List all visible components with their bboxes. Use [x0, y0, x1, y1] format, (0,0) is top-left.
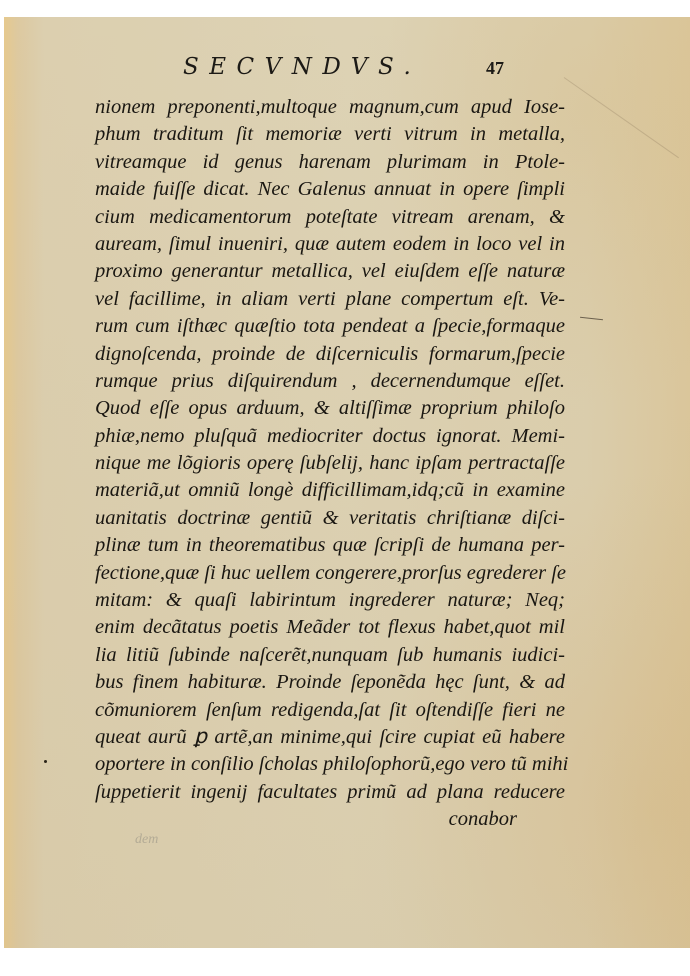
- bleedthrough-text: dem: [135, 832, 158, 848]
- text-line: bus finem habituræ. Proinde ſeponẽda hęc…: [95, 669, 565, 696]
- text-line: dignoſcenda, proinde de diſcerniculis fo…: [95, 341, 565, 368]
- text-line: phiæ,nemo pluſquã mediocriter doctus ign…: [95, 423, 565, 450]
- text-line: vitreamque id genus harenam plurimam in …: [95, 149, 565, 176]
- page-number: 47: [486, 58, 504, 79]
- text-line: fectione,quæ ſi huc uellem congerere,pro…: [95, 560, 565, 587]
- text-line: oportere in conſilio ſcholas philoſophor…: [95, 751, 565, 778]
- page-fold-crease: [564, 77, 679, 158]
- text-line: lia litiũ ſubinde naſcerẽt,nunquam ſub h…: [95, 642, 565, 669]
- text-line: materiã,ut omniũ longè difficillimam,idq…: [95, 477, 565, 504]
- text-line: queat aurũ ꝑ artẽ,an minime,qui ſcire cu…: [95, 724, 565, 751]
- text-line: vel facillime, in aliam verti plane comp…: [95, 286, 565, 313]
- text-line: ſuppetierit ingenij facultates primũ ad …: [95, 779, 565, 806]
- running-title: SECVNDVS.: [183, 54, 421, 80]
- text-line: proximo generantur metallica, vel eiuſde…: [95, 258, 565, 285]
- text-line: rum cum iſthæc quæſtio tota pendeat a ſp…: [95, 313, 565, 340]
- text-line: enim decãtatus poetis Meãder tot flexus …: [95, 614, 565, 641]
- text-line: mitam: & quaſi labirintum ingrederer nat…: [95, 587, 565, 614]
- text-line: Quod eſſe opus arduum, & altiſſimæ propr…: [95, 395, 565, 422]
- catchword: conabor: [95, 806, 565, 833]
- running-head: SECVNDVS. 47: [183, 54, 543, 86]
- margin-pen-mark: [580, 317, 603, 320]
- text-line: cium medicamentorum poteſtate vitream ar…: [95, 204, 565, 231]
- text-line: rumque prius diſquirendum , decernendumq…: [95, 368, 565, 395]
- ink-spot: [44, 760, 47, 763]
- text-line: nionem preponenti,multoque magnum,cum ap…: [95, 94, 565, 121]
- text-line: phum traditum ſit memoriæ verti vitrum i…: [95, 121, 565, 148]
- text-line: plinæ tum in theorematibus quæ ſcripſi d…: [95, 532, 565, 559]
- text-line: cõmuniorem ſenſum redigenda,ſat ſit oſte…: [95, 697, 565, 724]
- text-line: uanitatis doctrinæ gentiũ & veritatis ch…: [95, 505, 565, 532]
- text-line: maide fuiſſe dicat. Nec Galenus annuat i…: [95, 176, 565, 203]
- text-line: nique me lõgioris operę ſubſelij, hanc i…: [95, 450, 565, 477]
- body-text: nionem preponenti,multoque magnum,cum ap…: [95, 94, 565, 834]
- text-line: auream, ſimul inueniri, quæ autem eodem …: [95, 231, 565, 258]
